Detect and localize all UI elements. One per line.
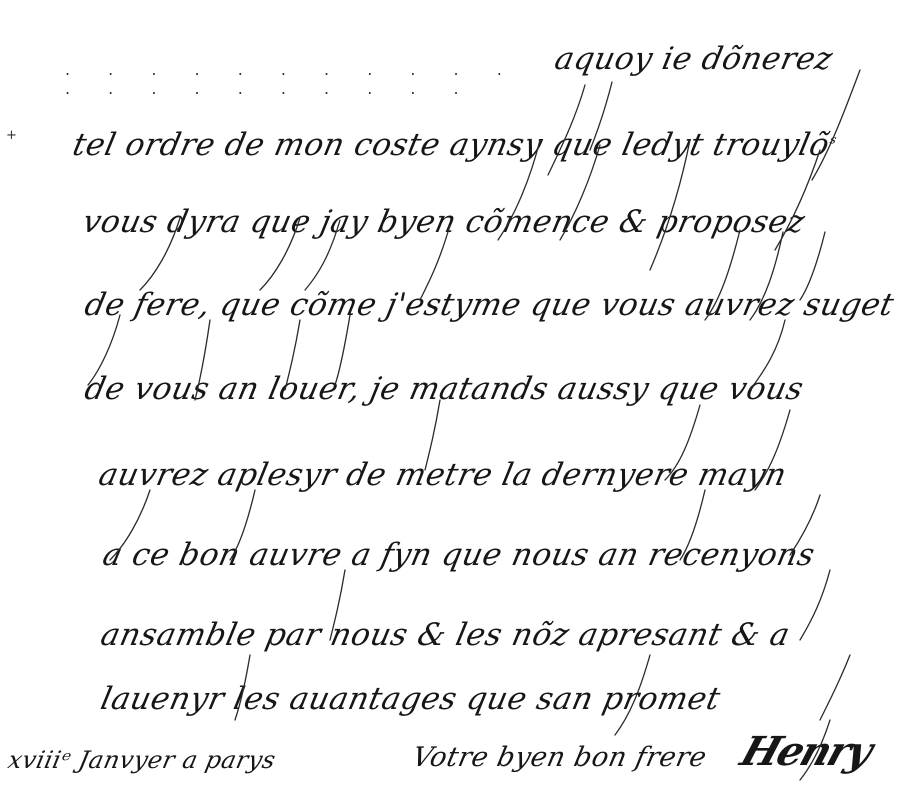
text-line-2: vous dyra que jay byen cõmence & propose… [80,207,808,238]
text-line-1: tel ordre de mon coste aynsy que ledyt t… [70,130,839,161]
superscript-mark: s [829,133,839,147]
text-line-7: ansamble par nous & les nõz apresant & a [98,620,793,651]
text-line-1-body: tel ordre de mon coste aynsy que ledyt t… [70,127,833,163]
margin-cross-mark: + [6,128,17,143]
closing-line: Votre byen bon frere [410,744,709,771]
text-line-5: auvrez aplesyr de metre la dernyere mayn [96,460,789,491]
text-line-4: de vous an louer, je matands aussy que v… [82,374,806,405]
manuscript-page: . . . . . . . . . . . . . . . . . . . . … [0,0,913,806]
ellipsis-dots: . . . . . . . . . . . . . . . . . . . . … [65,60,545,98]
text-line-3: de fere, que cõme j'estyme que vous auvr… [82,290,897,321]
date-line: xviiiᵉ Janvyer a parys [6,748,278,772]
text-line-6: a ce bon auvre a fyn que nous an recenyo… [100,540,817,571]
signature: Henry [735,728,877,775]
text-line-8: lauenyr les auantages que san promet [98,684,723,715]
text-line-0: aquoy ie dõnerez [552,44,835,75]
